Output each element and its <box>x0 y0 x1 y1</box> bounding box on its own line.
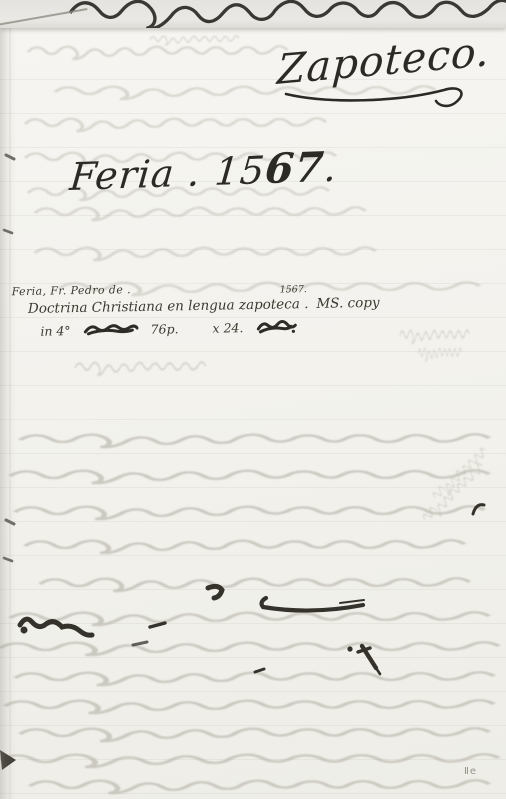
subject-heading: Feria .1567. <box>68 142 339 200</box>
copy-note: MS. copy <box>316 295 379 312</box>
page-count: 76p. <box>150 321 178 336</box>
previous-page-edge-strip <box>0 0 506 28</box>
title-flourish <box>278 72 482 118</box>
size-note: x 24. <box>212 320 243 336</box>
ink-blot-marks <box>0 28 506 799</box>
title-line: Doctrina Christiana en lengua zapoteca .… <box>28 295 380 317</box>
bibliographic-note: Feria, Fr. Pedro de . Doctrina Christian… <box>12 279 381 339</box>
corner-pencil-mark: Ⅱe <box>464 766 477 777</box>
cutoff-handwriting <box>0 0 506 28</box>
ink-wedge <box>0 750 16 770</box>
format-note: in 4° <box>40 323 70 339</box>
heading-name: Feria . <box>68 150 203 199</box>
manuscript-scan: Zapoteco. Feria .1567. Feria, Fr. Pedro … <box>0 0 506 799</box>
crossed-out-word <box>82 322 138 337</box>
date-annotation: 1567. <box>280 284 307 295</box>
manuscript-page: Zapoteco. Feria .1567. Feria, Fr. Pedro … <box>0 28 506 799</box>
crossed-out-word <box>255 318 297 335</box>
heading-year: 1567 <box>213 146 326 194</box>
